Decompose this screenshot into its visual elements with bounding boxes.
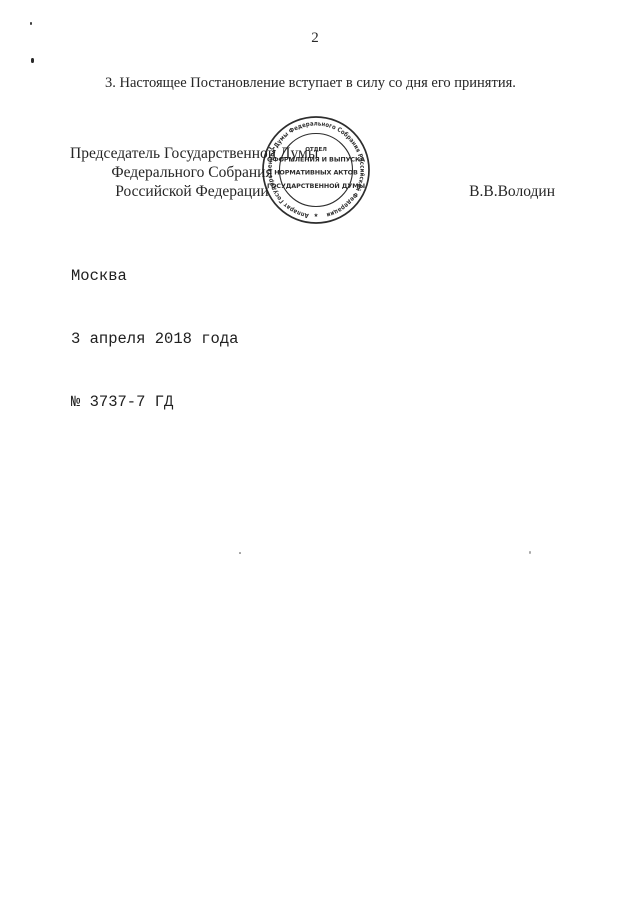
issuance-date: 3 апреля 2018 года xyxy=(71,329,238,350)
stamp-inner-line-3: НОРМАТИВНЫХ АКТОВ xyxy=(274,169,358,177)
scan-speck xyxy=(529,551,531,554)
stamp-star-icon: ★ xyxy=(314,213,319,219)
scan-speck xyxy=(31,58,34,63)
issuance-number: № 3737-7 ГД xyxy=(71,392,238,413)
resolution-clause-text: 3. Настоящее Постановление вступает в си… xyxy=(70,73,580,93)
page-number: 2 xyxy=(0,30,630,47)
stamp-inner-line-4: ГОСУДАРСТВЕННОЙ ДУМЫ xyxy=(267,181,366,190)
stamp-inner-line-2: ОФОРМЛЕНИЯ И ВЫПУСКА xyxy=(267,156,365,164)
stamp-inner-line-1: ОТДЕЛ xyxy=(305,147,327,153)
issuance-city: Москва xyxy=(71,266,238,287)
scan-speck xyxy=(30,22,32,25)
official-stamp-icon: Аппарат Государственной Думы Федеральног… xyxy=(256,110,376,230)
issuance-block: Москва 3 апреля 2018 года № 3737-7 ГД xyxy=(71,224,238,434)
signer-name: В.В.Володин xyxy=(469,182,555,201)
scan-speck xyxy=(239,552,241,554)
